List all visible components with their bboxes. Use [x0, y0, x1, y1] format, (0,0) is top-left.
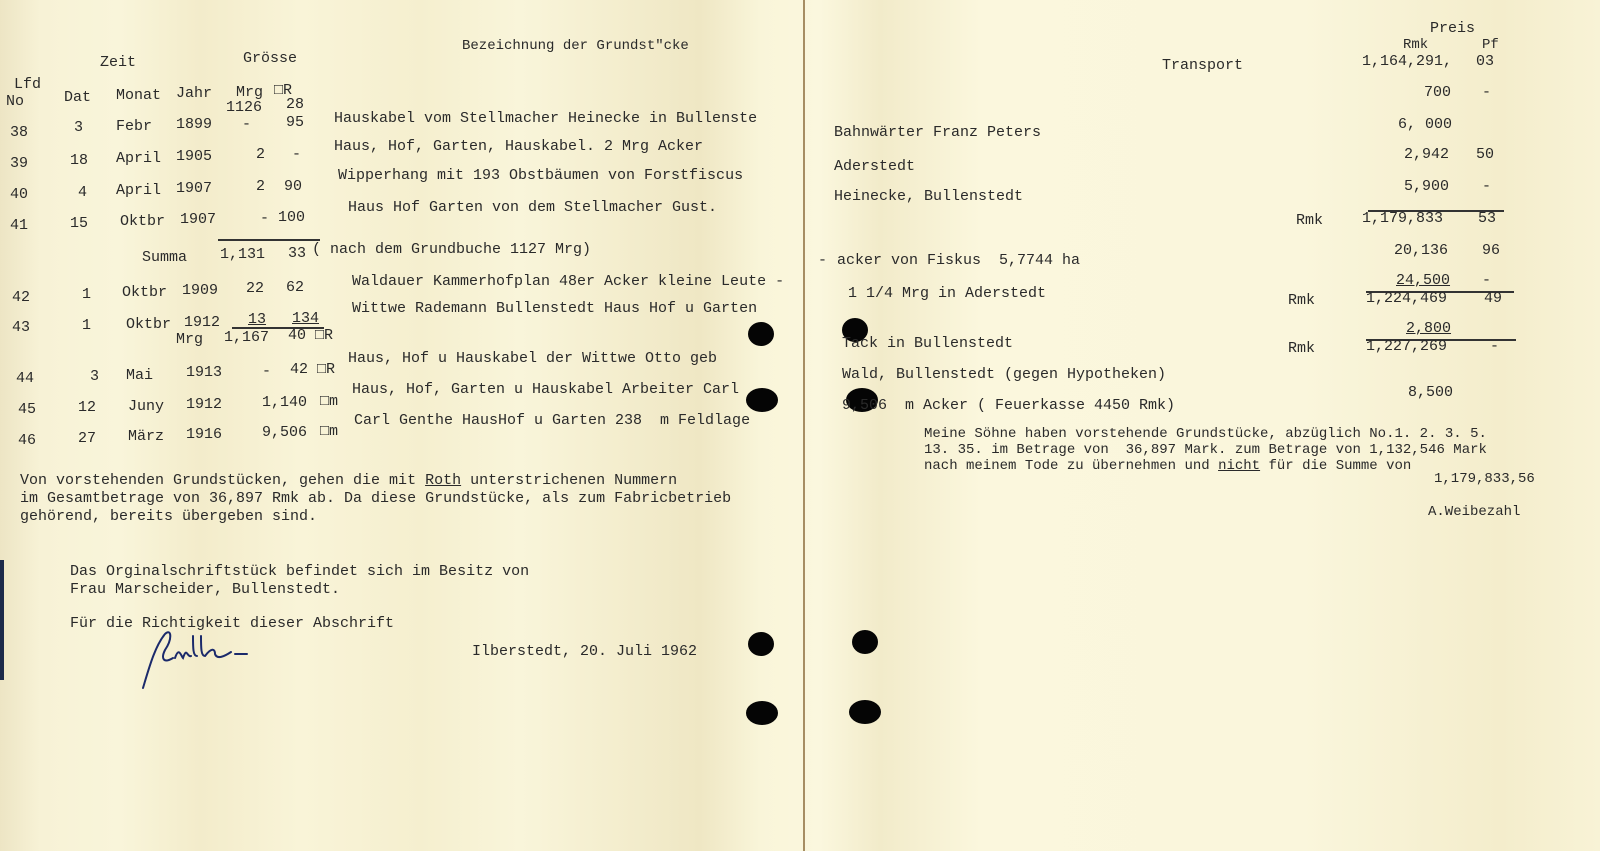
row-dat: 27	[78, 430, 96, 447]
original-note-line-1: Das Orginalschriftstück befindet sich im…	[70, 563, 529, 580]
row-no: 39	[10, 155, 28, 172]
row-no: 42	[12, 289, 30, 306]
row-jahr: 1912	[184, 314, 220, 331]
row-no: 38	[10, 124, 28, 141]
carry-mrg: 1126	[226, 99, 262, 116]
row-monat: März	[128, 428, 164, 445]
row-no: 45	[18, 401, 36, 418]
price-pf: -	[1482, 272, 1491, 289]
subtotal-label: Mrg	[176, 331, 203, 348]
row-jahr: 1913	[186, 364, 222, 381]
row-jahr: 1907	[180, 211, 216, 228]
nicht-underlined-word: nicht	[1218, 458, 1260, 474]
total-rmk: 1,179,833	[1362, 210, 1443, 227]
header-groesse: Grösse	[243, 50, 297, 67]
total-rmk: 1,224,469	[1366, 290, 1447, 307]
total-rmk: 1,227,269	[1366, 338, 1447, 355]
handwritten-signature	[135, 628, 275, 698]
punch-hole	[746, 388, 778, 412]
closing-amount: 1,179,833,56	[1434, 471, 1535, 488]
row-dat: 1	[82, 286, 91, 303]
price-pf: 96	[1482, 242, 1500, 259]
note-line-1: Von vorstehenden Grundstücken, gehen die…	[20, 472, 677, 489]
row-monat: Mai	[126, 367, 153, 384]
description-7: Wald, Bullenstedt (gegen Hypotheken)	[842, 366, 1166, 383]
carry-qr: 28	[286, 96, 304, 113]
price-rmk: 6, 000	[1398, 116, 1452, 133]
price-rmk: 2,800	[1406, 320, 1451, 337]
row-dat: 12	[78, 399, 96, 416]
transport-rmk: 1,164,291,	[1362, 53, 1452, 70]
total-pf: 53	[1478, 210, 1496, 227]
row-qr: 100	[278, 209, 305, 226]
total-label: Rmk	[1288, 340, 1315, 357]
row-qr: 62	[286, 279, 304, 296]
row-description: Wittwe Rademann Bullenstedt Haus Hof u G…	[352, 300, 757, 317]
row-jahr: 1912	[186, 396, 222, 413]
transport-pf: 03	[1476, 53, 1494, 70]
row-description: Wipperhang mit 193 Obstbäumen von Forstf…	[338, 167, 743, 184]
roth-underlined-word: Roth	[425, 472, 461, 489]
header-preis: Preis	[1430, 20, 1475, 37]
row-jahr: 1916	[186, 426, 222, 443]
row-qr: -	[292, 146, 301, 163]
header-jahr: Jahr	[176, 85, 212, 102]
row-no: 40	[10, 186, 28, 203]
header-no: No	[6, 93, 24, 110]
punch-hole	[849, 700, 881, 724]
total-label: Rmk	[1296, 212, 1323, 229]
row-qr: 134	[292, 310, 319, 327]
row-no: 46	[18, 432, 36, 449]
row-jahr: 1907	[176, 180, 212, 197]
subtotal-qr: 40 □R	[288, 327, 333, 344]
row-mrg: 2	[256, 146, 265, 163]
row-mrg: -	[260, 210, 269, 227]
price-pf: -	[1482, 84, 1491, 101]
row-qr: 95	[286, 114, 304, 131]
total-pf: -	[1490, 338, 1499, 355]
row-no: 44	[16, 370, 34, 387]
transport-label: Transport	[1162, 57, 1243, 74]
price-rmk: 24,500	[1396, 272, 1450, 289]
closing-line-2: 13. 35. im Betrage von 36,897 Mark. zum …	[924, 442, 1487, 459]
total-pf: 49	[1484, 290, 1502, 307]
row-mrg: 2	[256, 178, 265, 195]
row-dat: 4	[78, 184, 87, 201]
summa-rule	[218, 239, 320, 241]
price-rmk: 20,136	[1394, 242, 1448, 259]
summa-qr: 33	[288, 245, 306, 262]
row-mrg: 1,140	[262, 394, 307, 411]
summa-note: ( nach dem Grundbuche 1127 Mrg)	[312, 241, 591, 258]
row-description: Haus, Hof, Garten, Hauskabel. 2 Mrg Acke…	[334, 138, 703, 155]
original-note-line-2: Frau Marscheider, Bullenstedt.	[70, 581, 340, 598]
header-bezeichnung: Bezeichnung der Grundst"cke	[462, 38, 689, 55]
row-monat: Oktbr	[126, 316, 171, 333]
row-description: Hauskabel vom Stellmacher Heinecke in Bu…	[334, 110, 757, 127]
punch-hole	[852, 630, 878, 654]
price-rmk: 2,942	[1404, 146, 1449, 163]
row-jahr: 1905	[176, 148, 212, 165]
signature-weibezahl: A.Weibezahl	[1428, 504, 1520, 521]
row-mrg: -	[262, 363, 271, 380]
row-dat: 1	[82, 317, 91, 334]
row-description: Haus, Hof, Garten u Hauskabel Arbeiter C…	[352, 381, 739, 398]
place-date: Ilberstedt, 20. Juli 1962	[472, 643, 697, 660]
row-mrg: -	[242, 116, 251, 133]
row-monat: Oktbr	[120, 213, 165, 230]
summa-label: Summa	[142, 249, 187, 266]
row-monat: Oktbr	[122, 284, 167, 301]
row-qr: □m	[320, 393, 338, 410]
header-dat: Dat	[64, 89, 91, 106]
description-2: Aderstedt	[834, 158, 915, 175]
row-no: 41	[10, 217, 28, 234]
price-pf: -	[1482, 178, 1491, 195]
row-mrg: 9,506	[262, 424, 307, 441]
closing-line-3: nach meinem Tode zu übernehmen und nicht…	[924, 458, 1411, 475]
closing-line-1: Meine Söhne haben vorstehende Grundstück…	[924, 426, 1487, 443]
description-4: -acker von Fiskus 5,7744 ha	[818, 252, 1080, 269]
row-mrg: 13	[248, 311, 266, 328]
punch-hole	[748, 322, 774, 346]
row-description: Waldauer Kammerhofplan 48er Acker kleine…	[352, 273, 784, 290]
row-jahr: 1909	[182, 282, 218, 299]
description-8: 9,506 m Acker ( Feuerkasse 4450 Rmk)	[842, 397, 1175, 414]
row-dat: 3	[74, 119, 83, 136]
row-qr: □m	[320, 423, 338, 440]
description-1: Bahnwärter Franz Peters	[834, 124, 1041, 141]
price-rmk: 8,500	[1408, 384, 1453, 401]
description-5: 1 1/4 Mrg in Aderstedt	[848, 285, 1046, 302]
center-fold-line	[803, 0, 805, 851]
header-zeit: Zeit	[100, 54, 136, 71]
page-edge-shadow	[0, 560, 4, 680]
row-monat: Febr	[116, 118, 152, 135]
row-monat: Juny	[128, 398, 164, 415]
punch-hole	[746, 701, 778, 725]
row-no: 43	[12, 319, 30, 336]
description-6: Tack in Bullenstedt	[842, 335, 1013, 352]
row-dat: 18	[70, 152, 88, 169]
price-pf: 50	[1476, 146, 1494, 163]
summa-mrg: 1,131	[220, 246, 265, 263]
row-monat: April	[116, 182, 161, 199]
row-description: Haus Hof Garten von dem Stellmacher Gust…	[348, 199, 717, 216]
punch-hole	[748, 632, 774, 656]
row-dat: 15	[70, 215, 88, 232]
subtotal-mrg: 1,167	[224, 329, 269, 346]
header-monat: Monat	[116, 87, 161, 104]
row-dat: 3	[90, 368, 99, 385]
row-monat: April	[116, 150, 161, 167]
price-rmk: 700	[1424, 84, 1451, 101]
total-label: Rmk	[1288, 292, 1315, 309]
row-jahr: 1899	[176, 116, 212, 133]
row-description: Haus, Hof u Hauskabel der Wittwe Otto ge…	[348, 350, 717, 367]
row-qr: 42 □R	[290, 361, 335, 378]
description-3: Heinecke, Bullenstedt	[834, 188, 1023, 205]
note-line-2: im Gesamtbetrage von 36,897 Rmk ab. Da d…	[20, 490, 731, 507]
header-pf: Pf	[1482, 37, 1499, 54]
row-description: Carl Genthe HausHof u Garten 238 m Feldl…	[354, 412, 750, 429]
header-rmk: Rmk	[1403, 37, 1428, 54]
price-rmk: 5,900	[1404, 178, 1449, 195]
row-qr: 90	[284, 178, 302, 195]
note-line-3: gehörend, bereits übergeben sind.	[20, 508, 317, 525]
header-lfd: Lfd	[14, 76, 41, 93]
row-mrg: 22	[246, 280, 264, 297]
